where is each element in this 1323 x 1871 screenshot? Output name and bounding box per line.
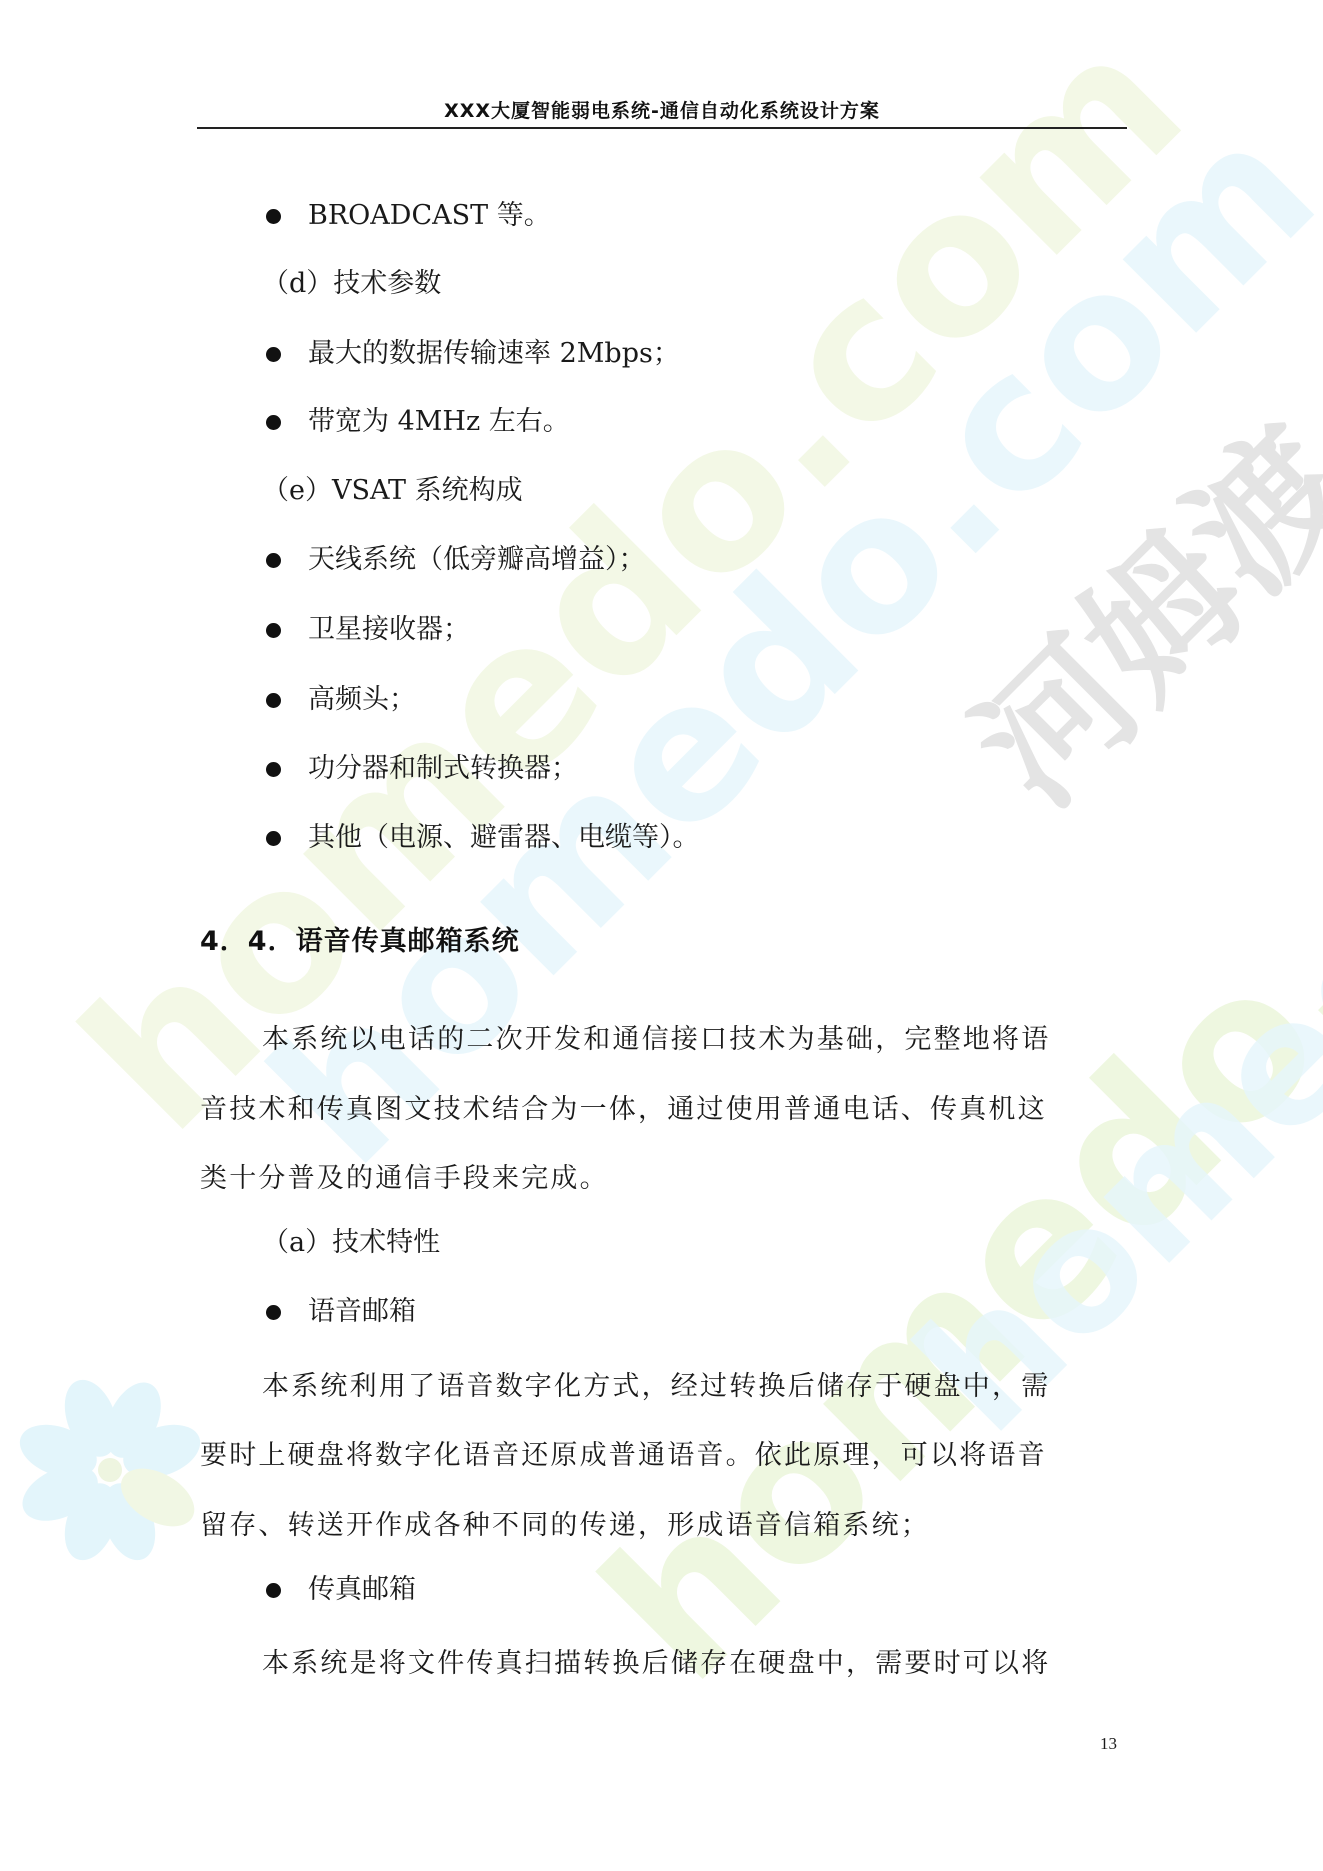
- list-item: 卫星接收器；: [308, 613, 470, 647]
- bullet-icon: [266, 1305, 281, 1320]
- watermark-brand-en-4: homedo.com: [880, 462, 1323, 1470]
- watermark-brand-en-2: homedo.com: [560, 538, 1323, 1724]
- list-item: 语音邮箱: [308, 1295, 416, 1329]
- subheading-d: （d）技术参数: [262, 267, 441, 301]
- paragraph-line: 留存、转送开作成各种不同的传递，形成语音信箱系统；: [200, 1503, 1125, 1542]
- list-item: 最大的数据传输速率 2Mbps；: [308, 337, 680, 371]
- bullet-icon: [266, 347, 281, 362]
- bullet-icon: [266, 831, 281, 846]
- bullet-icon: [266, 209, 281, 224]
- bullet-icon: [266, 1583, 281, 1598]
- section-heading: 4．4．语音传真邮箱系统: [200, 919, 520, 958]
- paragraph-line: 音技术和传真图文技术结合为一体，通过使用普通电话、传真机这: [200, 1087, 1125, 1126]
- watermark-brand-en-1: homedo.com: [40, 0, 1226, 1175]
- bullet-icon: [266, 415, 281, 430]
- list-item: 天线系统（低旁瓣高增益）；: [308, 543, 646, 577]
- subheading-e: （e）VSAT 系统构成: [262, 474, 523, 508]
- bullet-icon: [266, 623, 281, 638]
- page-number: 13: [1100, 1734, 1117, 1754]
- paragraph-line: 本系统利用了语音数字化方式，经过转换后储存于硬盘中，需: [262, 1364, 1187, 1403]
- list-item: 功分器和制式转换器；: [308, 752, 578, 786]
- list-item: 传真邮箱: [308, 1573, 416, 1607]
- paragraph-line: 本系统是将文件传真扫描转换后储存在硬盘中，需要时可以将: [262, 1641, 1187, 1680]
- list-item: BROADCAST 等。: [308, 199, 551, 233]
- list-item: 高频头；: [308, 683, 416, 717]
- paragraph-line: 要时上硬盘将数字化语音还原成普通语音。依此原理，可以将语音: [200, 1433, 1125, 1472]
- bullet-icon: [266, 553, 281, 568]
- watermark-flower-icon: [10, 1370, 210, 1570]
- list-item: 其他（电源、避雷器、电缆等）。: [308, 821, 700, 855]
- bullet-icon: [266, 762, 281, 777]
- header-divider: [197, 127, 1127, 129]
- page-header-title: XXX大厦智能弱电系统-通信自动化系统设计方案: [197, 96, 1127, 123]
- bullet-icon: [266, 693, 281, 708]
- paragraph-line: 类十分普及的通信手段来完成。: [200, 1156, 1125, 1195]
- paragraph-line: 本系统以电话的二次开发和通信接口技术为基础，完整地将语: [262, 1017, 1187, 1056]
- list-item: 带宽为 4MHz 左右。: [308, 405, 570, 439]
- subheading-a: （a）技术特性: [262, 1226, 440, 1260]
- watermark-brand-cn: 河姆渡: [920, 372, 1323, 843]
